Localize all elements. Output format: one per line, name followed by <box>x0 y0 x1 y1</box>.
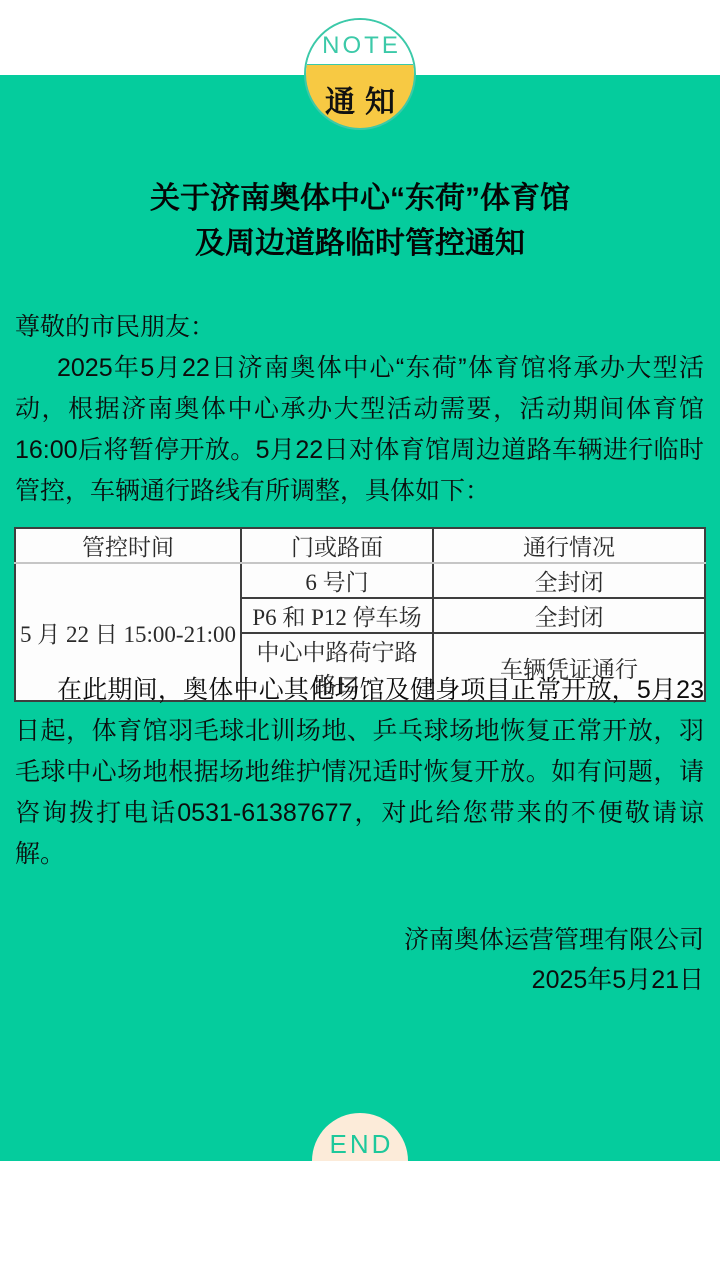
signature-company: 济南奥体运营管理有限公司 <box>15 920 704 960</box>
header-cell-status: 通行情况 <box>433 528 705 563</box>
status-cell: 全封闭 <box>433 598 705 633</box>
signature-date: 2025年5月21日 <box>15 960 704 1000</box>
signature-block: 济南奥体运营管理有限公司 2025年5月21日 <box>15 920 704 1000</box>
page-title-line-2: 及周边道路临时管控通知 <box>0 221 720 266</box>
note-badge-en-label: NOTE <box>319 32 401 60</box>
intro-paragraph: 2025年5月22日济南奥体中心“东荷”体育馆将承办大型活动，根据济南奥体中心承… <box>15 348 704 512</box>
location-cell: P6 和 P12 停车场 <box>241 598 433 633</box>
note-badge-zh-label: 通知 <box>315 77 405 121</box>
followup-paragraph: 在此期间，奥体中心其他场馆及健身项目正常开放，5月23日起，体育馆羽毛球北训场地… <box>15 670 704 875</box>
status-cell: 全封闭 <box>433 563 705 598</box>
header-cell-gate: 门或路面 <box>241 528 433 563</box>
bottom-white-band <box>0 1161 720 1283</box>
table-header-row: 管控时间 门或路面 通行情况 <box>15 528 705 563</box>
location-cell: 6 号门 <box>241 563 433 598</box>
page-title: 关于济南奥体中心“东荷”体育馆 及周边道路临时管控通知 <box>0 176 720 266</box>
greeting-text: 尊敬的市民朋友： <box>15 306 704 348</box>
end-badge-label: END <box>327 1131 394 1157</box>
notice-page: NOTE 通知 关于济南奥体中心“东荷”体育馆 及周边道路临时管控通知 尊敬的市… <box>0 0 720 1283</box>
header-cell-time: 管控时间 <box>15 528 241 563</box>
table-row: 5 月 22 日 15:00-21:00 6 号门 全封闭 <box>15 563 705 598</box>
page-title-line-1: 关于济南奥体中心“东荷”体育馆 <box>0 176 720 221</box>
note-badge: NOTE 通知 <box>304 18 416 130</box>
